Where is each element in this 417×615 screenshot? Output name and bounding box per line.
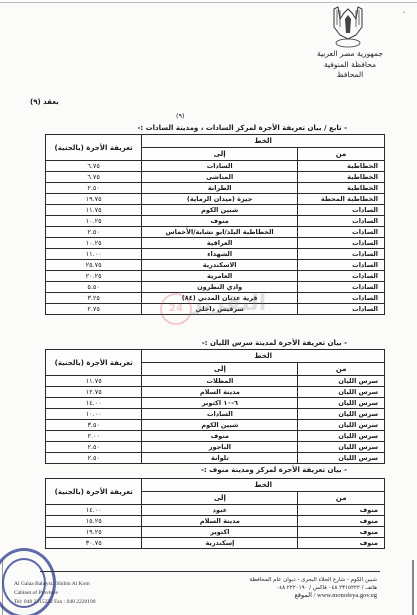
footer-phone-ar: هاتف / ٢٣١٥٢٢٢ ٠٤٨ فاكس / ٢٢٢٠١٩٠ ٠٤٨ [250,584,377,592]
to-cell: عبود [142,505,298,516]
section-title-sirs-el-layan: - بيان تعريفة الأجرة لمدينة سرس الليان :… [202,339,347,347]
table-row: سرس الليانمدينة السلام١٢.٧٥ [46,387,385,398]
fare-cell: ١٩.٢٥ [46,527,142,538]
col-fare-header: تعريفة الأجرة (بالجنية) [46,135,142,161]
footer-address-ar: شبين الكوم - شارع الجلاء البحرى - ديوان … [250,576,377,584]
table-row: منوفاكتوبر١٩.٢٥ [46,527,385,538]
to-cell: إسكندرية [142,538,298,549]
fare-cell: ٦.٧٥ [46,172,142,183]
fare-cell: ٢٠.٢٥ [46,271,142,282]
egypt-eagle-emblem-icon [328,5,368,50]
from-cell: سرس الليان [298,409,385,420]
footer-arabic: شبين الكوم - شارع الجلاء البحرى - ديوان … [250,576,377,600]
col-fare-header: تعريفة الأجرة (بالجنية) [46,350,142,376]
fare-cell: ٢.٧٥ [46,304,142,315]
from-cell: سرس الليان [298,376,385,387]
fare-cell: ٢.٥٠ [46,453,142,464]
fare-cell: ١٠.٢٥ [46,216,142,227]
to-cell: شبين الكوم [142,420,298,431]
fare-cell: ٢٥.٧٥ [46,260,142,271]
page-number: (٩) [176,112,185,120]
to-cell: الشهداء [142,249,298,260]
to-cell: ٦-١٠ اكتوبر [142,398,298,409]
col-fare-header: تعريفة الأجرة (بالجنية) [46,479,142,505]
from-cell: منوف [298,527,385,538]
table-row: الساداتمنوف١٠.٢٥ [46,216,385,227]
to-cell: السادات [142,409,298,420]
to-cell: مدينة السلام [142,387,298,398]
fare-cell: ٣.٢٥ [46,293,142,304]
from-cell: سرس الليان [298,431,385,442]
from-cell: السادات [298,238,385,249]
watermark-badge: 24 [160,293,192,325]
fare-cell: ١٠.٠٠ [46,409,142,420]
table-row: سرس الليانالسادات١٠.٠٠ [46,409,385,420]
footer-address-en: Al Galaa Bahryst., Shibin Al Kom [14,580,96,589]
from-cell: السادات [298,227,385,238]
from-cell: سرس الليان [298,387,385,398]
col-to-header: إلى [142,148,298,161]
footer-website: www.monofeya.gov.eg / الموقع [250,592,377,600]
col-route-header: الخط [142,135,385,148]
table-row: الساداتالعامرية٢٠.٢٥ [46,271,385,282]
fare-cell: ٢.٠٠ [46,431,142,442]
table-row: منوفمدينة السلام١٥.٢٥ [46,516,385,527]
col-from-header: من [298,148,385,161]
table-row: الساداتشبين الكوم١١.٧٥ [46,205,385,216]
from-cell: السادات [298,216,385,227]
col-route-header: الخط [142,350,385,363]
from-cell: السادات [298,304,385,315]
col-from-header: من [298,492,385,505]
scan-border-right [412,560,414,615]
fare-cell: ٢.٥٠ [46,183,142,194]
to-cell: المظلات [142,376,298,387]
table-row: سرس الليانمنوف٢.٠٠ [46,431,385,442]
table-row: الساداتالعراقية١٠.٢٥ [46,238,385,249]
fare-cell: ١٩.٧٥ [46,194,142,205]
section-title-sadat: - تابع / بيان تعريفة الأجرة لمركز السادا… [137,124,347,132]
table-row: الخطاطبةالسادات٦.٧٥ [46,161,385,172]
to-cell: الاسكندرية [142,260,298,271]
fare-table-sirs-el-layan: الخط تعريفة الأجرة (بالجنية) من إلى سرس … [45,349,385,464]
table-row: سرس الليانشبين الكوم٣.٥٠ [46,420,385,431]
from-cell: سرس الليان [298,442,385,453]
fare-cell: ٦.٧٥ [46,161,142,172]
clause-label: بعقد (٩) [30,98,59,106]
table-row: الساداتالاسكندرية٢٥.٧٥ [46,260,385,271]
footer-phone-en: Tel: 048 2315222 Fax : 048 2220190 [14,598,96,607]
watermark-text: التقرير [190,291,266,316]
table-row: منوفعبود١٤.٠٠ [46,505,385,516]
watermark-logo: 24 التقرير [160,285,220,335]
document-page: ، جمهورية مصر العربية محافظة المنوفية ال… [0,0,417,615]
to-cell: منوف [142,216,298,227]
from-cell: منوف [298,538,385,549]
to-cell: المناشى [142,172,298,183]
fare-cell: ٣٠.٧٥ [46,538,142,549]
fare-cell: ١٠.٢٥ [46,238,142,249]
letterhead: جمهورية مصر العربية محافظة المنوفية المح… [300,49,400,81]
letterhead-governorate: محافظة المنوفية [300,60,400,71]
table-row: الخطاطبةالطرانة٢.٥٠ [46,183,385,194]
to-cell: شبين الكوم [142,205,298,216]
to-cell: منوف [142,431,298,442]
from-cell: السادات [298,249,385,260]
from-cell: السادات [298,293,385,304]
col-to-header: إلى [142,492,298,505]
table-row: الساداتالخطاطبة البلد/ابو نشابة/الأخماس٢… [46,227,385,238]
to-cell: الطرانة [142,183,298,194]
table-row: سرس الليانالباجور٢.٥٠ [46,442,385,453]
to-cell: العراقية [142,238,298,249]
to-cell: مدينة السلام [142,516,298,527]
from-cell: سرس الليان [298,420,385,431]
table-row: الخطاطبة المحطةجيزة (ميدان الرماية)١٩.٧٥ [46,194,385,205]
fare-cell: ٢.٥٠ [46,227,142,238]
letterhead-governor: المحافظ [300,70,400,81]
table-row: الخطاطبةالمناشى٦.٧٥ [46,172,385,183]
footer-divider [40,571,380,572]
fare-cell: ١١.٧٥ [46,205,142,216]
fare-cell: ١٥.٢٥ [46,516,142,527]
scan-mark: ، [403,8,405,15]
from-cell: الخطاطبة [298,172,385,183]
col-route-header: الخط [142,479,385,492]
fare-cell: ١١.٧٥ [46,376,142,387]
table-row: سرس الليان٦-١٠ اكتوبر١٤.٠٠ [46,398,385,409]
from-cell: الخطاطبة المحطة [298,194,385,205]
table-row: الساداتالشهداء١١.٠٠ [46,249,385,260]
to-cell: اكتوبر [142,527,298,538]
fare-cell: ٣.٥٠ [46,420,142,431]
from-cell: منوف [298,516,385,527]
fare-cell: ١١.٠٠ [46,249,142,260]
letterhead-country: جمهورية مصر العربية [300,49,400,60]
from-cell: السادات [298,271,385,282]
from-cell: منوف [298,505,385,516]
from-cell: السادات [298,260,385,271]
from-cell: السادات [298,205,385,216]
from-cell: السادات [298,282,385,293]
table-row: منوفإسكندرية٣٠.٧٥ [46,538,385,549]
fare-cell: ٥.٥٠ [46,282,142,293]
table-row: سرس الليانتلوانة٢.٥٠ [46,453,385,464]
footer-english: Al Galaa Bahryst., Shibin Al Kom Cabinet… [14,580,96,607]
footer-office-en: Cabinet of Province [14,589,96,598]
col-from-header: من [298,363,385,376]
to-cell: تلوانة [142,453,298,464]
fare-table-menouf: الخط تعريفة الأجرة (بالجنية) من إلى منوف… [45,478,385,549]
to-cell: الخطاطبة البلد/ابو نشابة/الأخماس [142,227,298,238]
fare-cell: ١٢.٧٥ [46,387,142,398]
table-row: سرس الليانالمظلات١١.٧٥ [46,376,385,387]
section-title-menouf: - بيان تعريفة الأجرة لمركز ومدينة منوف :… [201,466,347,474]
col-to-header: إلى [142,363,298,376]
to-cell: الباجور [142,442,298,453]
fare-cell: ٢.٥٠ [46,442,142,453]
from-cell: الخطاطبة [298,183,385,194]
to-cell: جيزة (ميدان الرماية) [142,194,298,205]
scan-border-top [0,2,417,3]
to-cell: العامرية [142,271,298,282]
to-cell: السادات [142,161,298,172]
from-cell: الخطاطبة [298,161,385,172]
fare-cell: ١٤.٠٠ [46,398,142,409]
from-cell: سرس الليان [298,398,385,409]
fare-cell: ١٤.٠٠ [46,505,142,516]
from-cell: سرس الليان [298,453,385,464]
